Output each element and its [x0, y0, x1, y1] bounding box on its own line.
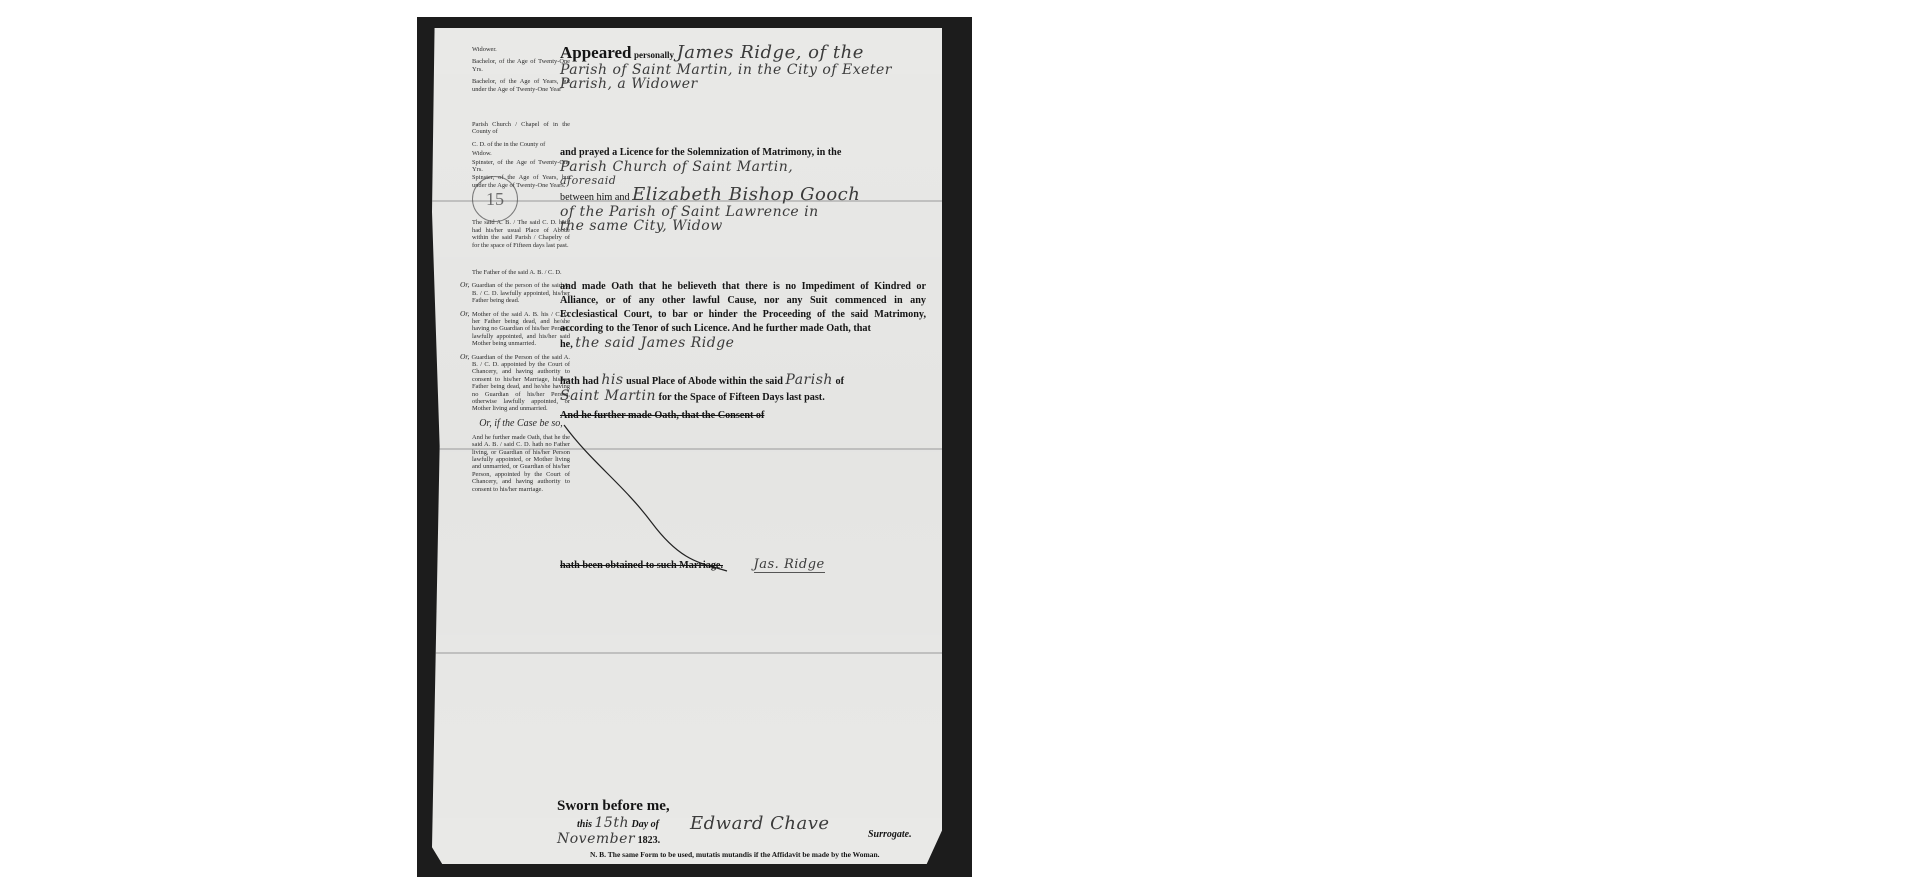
personally-label: personally — [634, 50, 674, 60]
document-page: Widower. Bachelor, of the Age of Twenty-… — [432, 28, 942, 864]
margin-widower: Widower. — [472, 46, 570, 53]
day-of-label: Day of — [631, 819, 659, 830]
margin-mother: Or, Mother of the said A. B. his / C. D.… — [472, 310, 570, 348]
oath-block: and made Oath that he believeth that the… — [560, 280, 926, 352]
or-label: Or, — [460, 352, 469, 361]
saint-martin-handwritten: Saint Martin — [560, 388, 656, 404]
bride-parish-handwritten: of the Parish of Saint Lawrence in — [560, 205, 926, 219]
obtained-block: hath been obtained to such Marriage. Jas… — [560, 558, 926, 573]
surrogate-label: Surrogate. — [868, 829, 912, 840]
margin-further-oath: And he further made Oath, that he the sa… — [472, 434, 570, 493]
struck-consent-text: And he further made Oath, that the Conse… — [560, 409, 926, 423]
margin-church: Parish Church / Chapel of in the County … — [472, 121, 570, 136]
abode-block: hath had his usual Place of Abode within… — [560, 373, 926, 423]
margin-if-case: Or, if the Case be so, — [472, 418, 570, 429]
fifteen-days-text: for the Space of Fifteen Days last past. — [659, 392, 825, 403]
usual-place-text: usual Place of Abode within the said — [626, 376, 783, 387]
margin-bachelor-21: Bachelor, of the Age of Twenty-One Yrs. — [472, 58, 570, 73]
groom-name-handwritten: James Ridge, of the — [677, 42, 864, 63]
year-text: 1823. — [638, 835, 661, 846]
margin-abode: The said A. B. / The said C. D. hath had… — [472, 219, 570, 249]
groom-signature: Jas. Ridge — [754, 558, 825, 573]
of-label: of — [835, 376, 844, 387]
month-handwritten: November — [557, 831, 635, 847]
strike-diagonal-line — [562, 423, 732, 573]
sworn-label: Sworn before me, — [557, 798, 670, 815]
bride-status-handwritten: the same City, Widow — [560, 219, 926, 233]
groom-parish-handwritten: Parish of Saint Martin, in the City of E… — [560, 63, 926, 77]
margin-guardian: Or, Guardian of the person of the said A… — [472, 281, 570, 304]
this-label: this — [577, 819, 592, 830]
nb-note: N. B. The same Form to be used, mutatis … — [590, 850, 880, 859]
his-handwritten: his — [601, 372, 623, 388]
surrogate-signature: Edward Chave — [690, 813, 830, 834]
oath-text: and made Oath that he believeth that the… — [560, 280, 926, 336]
margin-bachelor-under: Bachelor, of the Age of Years, but under… — [472, 78, 570, 93]
groom-status-handwritten: Parish, a Widower — [560, 77, 926, 91]
sworn-block: Sworn before me, this 15th Day of Novemb… — [557, 798, 670, 847]
or-label: Or, — [460, 309, 469, 318]
church-handwritten: Parish Church of Saint Martin, — [560, 160, 926, 174]
appeared-block: Appeared personally James Ridge, of the … — [560, 46, 926, 91]
margin-notes: Widower. Bachelor, of the Age of Twenty-… — [472, 42, 570, 498]
day-handwritten: 15th — [595, 815, 629, 831]
margin-widow: Widow. — [472, 150, 570, 157]
said-groom-handwritten: the said James Ridge — [575, 335, 734, 351]
or-label: Or, — [460, 280, 469, 289]
between-label: between him and — [560, 192, 630, 203]
prayed-text: and prayed a Licence for the Solemnizati… — [560, 146, 926, 160]
bride-name-handwritten: Elizabeth Bishop Gooch — [632, 184, 860, 205]
margin-cd: C. D. of the in the County of — [472, 141, 570, 148]
margin-spinster-21: Spinster, of the Age of Twenty-One Yrs. — [472, 159, 570, 174]
postmark-stamp: 15 — [472, 176, 518, 222]
margin-chancery: Or, Guardian of the Person of the said A… — [472, 353, 570, 413]
margin-father: The Father of the said A. B. / C. D. — [472, 269, 570, 276]
appeared-label: Appeared — [560, 43, 631, 62]
fold-line — [432, 652, 942, 654]
struck-obtained-text: hath been obtained to such Marriage. — [560, 560, 723, 571]
parish-handwritten: Parish — [785, 372, 833, 388]
prayed-block: and prayed a Licence for the Solemnizati… — [560, 146, 926, 233]
he-label: he, — [560, 339, 573, 350]
hath-had-label: hath had — [560, 376, 599, 387]
